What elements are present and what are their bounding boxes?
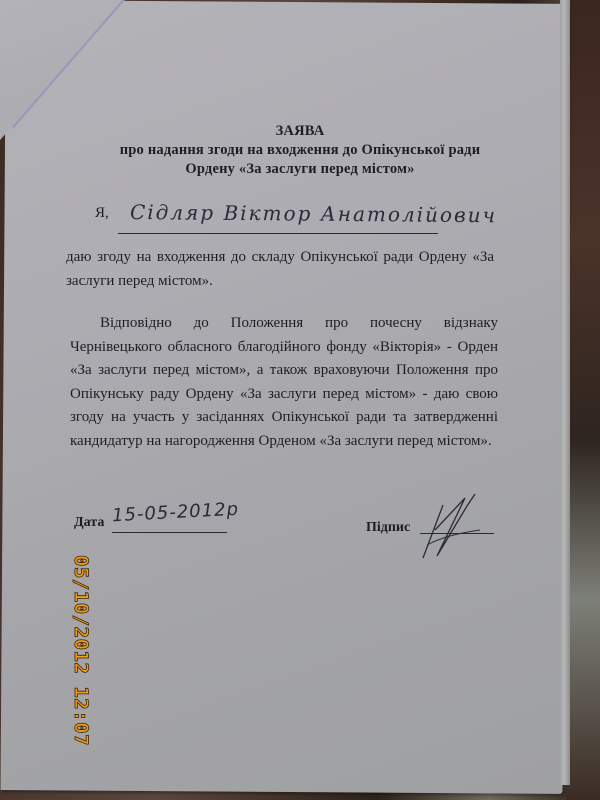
handwritten-signature [405,490,495,560]
photo-timestamp-text: 05/10/2012 12:07 [70,555,92,746]
signature-label: Підпис [366,520,410,536]
name-underline [118,233,438,234]
title-subheading-line-2: Ордену «За заслуги перед містом» [0,160,600,179]
date-label: Дата [74,515,104,531]
date-underline [112,532,227,533]
applicant-prefix: Я, [95,205,109,222]
handwritten-date: 15-05-2012р [112,499,240,527]
photo-timestamp-overlay: 05/10/2012 12:07 [70,555,92,755]
title-subheading-line-1: про надання згоди на входження до Опікун… [0,141,600,160]
document-title: ЗАЯВА про надання згоди на входження до … [0,122,600,179]
consent-paragraph: даю згоду на входження до складу Опікунс… [66,245,494,293]
regulation-paragraph: Відповідно до Положення про почесну відз… [70,312,498,453]
handwritten-applicant-name: Сідляр Віктор Анатолійович [130,200,497,227]
title-heading: ЗАЯВА [0,122,600,141]
